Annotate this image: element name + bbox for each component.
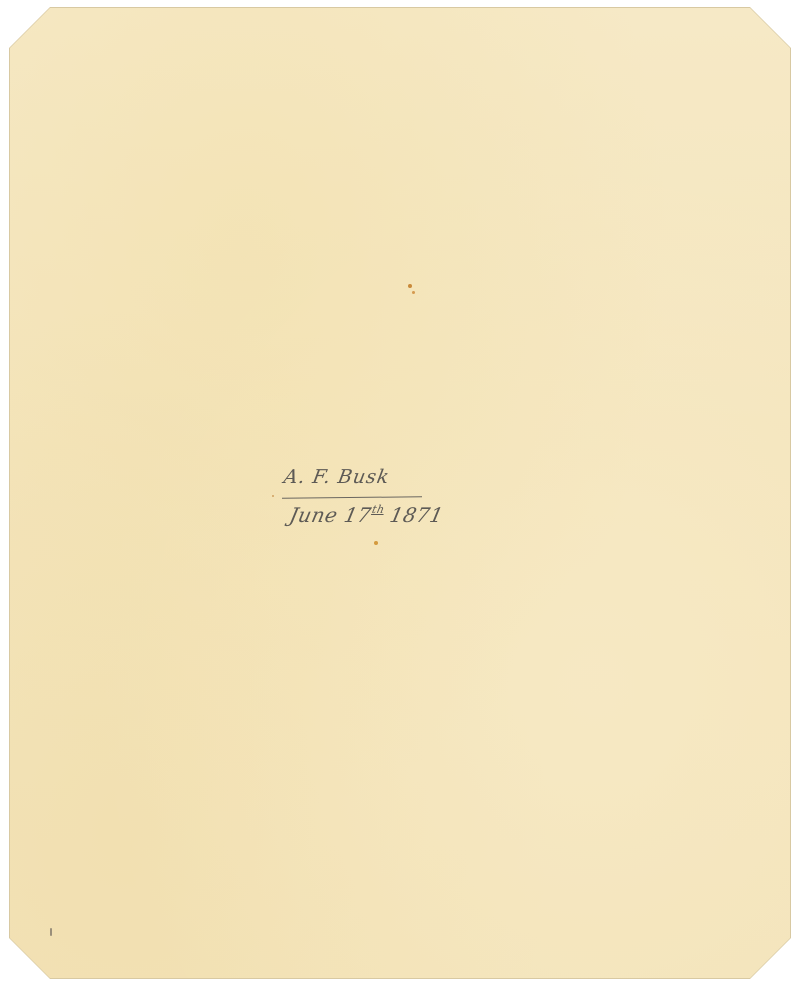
foxing-spot: [408, 284, 412, 288]
pencil-inscription: A. F. Busk June 17th 1871: [278, 466, 458, 536]
date-month-day: June 17: [287, 503, 373, 527]
signature-underline: [282, 496, 422, 498]
foxing-spot: [272, 495, 274, 497]
inscription-date: June 17th 1871: [287, 503, 445, 527]
date-ordinal: th: [371, 503, 386, 516]
foxing-spot: [374, 541, 378, 545]
pencil-mark: [50, 928, 52, 936]
date-year: 1871: [388, 503, 446, 527]
signature: A. F. Busk: [282, 466, 391, 488]
foxing-spot: [412, 291, 415, 294]
scan-background: A. F. Busk June 17th 1871: [0, 0, 800, 985]
